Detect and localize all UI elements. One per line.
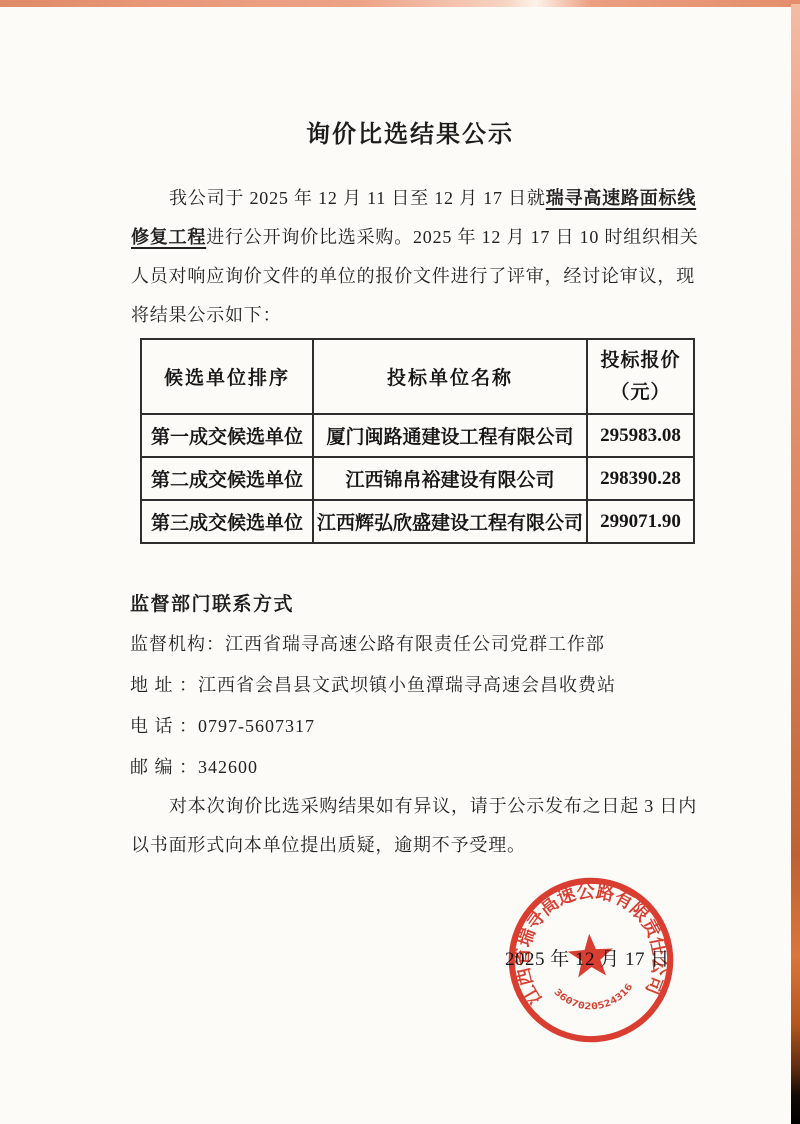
header-price-line2: （元） [590,377,691,408]
contact-address-value: 江西省会昌县文武坝镇小鱼潭瑞寻高速会昌收费站 [198,675,616,695]
rank-cell: 第三成交候选单位 [141,500,313,543]
company-cell: 厦门闽路通建设工程有限公司 [313,414,587,457]
header-price: 投标报价 （元） [587,339,694,414]
contact-address-label: 地 址 ： [130,675,198,695]
table-row: 第二成交候选单位 江西锦帛裕建设有限公司 298390.28 [141,457,694,500]
price-cell: 299071.90 [587,500,694,543]
table-row: 第三成交候选单位 江西辉弘欣盛建设工程有限公司 299071.90 [141,500,694,543]
contact-zip-label: 邮 编 ： [130,757,198,777]
project-name-part2: 修复工程 [131,227,206,247]
paragraph1-line2-text: 进行公开询价比选采购。2025 年 12 月 17 日 10 时组织相关 [206,227,698,247]
results-table: 候选单位排序 投标单位名称 投标报价 （元） 第一成交候选单位 厦门闽路通建设工… [140,338,695,544]
paragraph1-line2: 修复工程进行公开询价比选采购。2025 年 12 月 17 日 10 时组织相关 [131,223,691,249]
company-seal: 江西省瑞寻高速公路有限责任公司 3607020524316 [497,866,685,1054]
document-title: 询价比选结果公示 [131,114,689,149]
rank-cell: 第二成交候选单位 [141,457,313,500]
photo-background-top-edge [0,0,800,7]
svg-text:3607020524316: 3607020524316 [551,981,637,1016]
project-name-part1: 瑞寻高速路面标线 [546,188,696,208]
contact-agency-value: 江西省瑞寻高速公路有限责任公司党群工作部 [225,634,605,654]
company-cell: 江西辉弘欣盛建设工程有限公司 [313,500,587,543]
contact-zip-value: 342600 [198,757,258,777]
photo-background-right-edge [791,4,800,1124]
contact-address-line: 地 址 ：江西省会昌县文武坝镇小鱼潭瑞寻高速会昌收费站 [130,671,616,697]
paragraph1-line1: 我公司于 2025 年 12 月 11 日至 12 月 17 日就瑞寻高速路面标… [131,184,729,210]
paragraph1-line4: 将结果公示如下： [131,301,691,327]
objection-line2: 以书面形式向本单位提出质疑，逾期不予受理。 [131,831,691,857]
contact-phone-label: 电 话 ： [130,716,198,736]
header-company: 投标单位名称 [313,339,587,414]
contact-zip-line: 邮 编 ：342600 [130,753,258,779]
contact-phone-value: 0797-5607317 [198,716,315,736]
contact-phone-line: 电 话 ：0797-5607317 [130,712,315,738]
paragraph1-line3: 人员对响应询价文件的单位的报价文件进行了评审，经讨论审议，现 [131,262,691,288]
header-price-line1: 投标报价 [590,345,691,376]
contact-agency-line: 监督机构：江西省瑞寻高速公路有限责任公司党群工作部 [130,630,605,656]
rank-cell: 第一成交候选单位 [141,414,313,457]
table-row: 第一成交候选单位 厦门闽路通建设工程有限公司 295983.08 [141,414,694,457]
supervision-heading: 监督部门联系方式 [130,589,294,616]
header-rank: 候选单位排序 [141,339,313,414]
objection-line1: 对本次询价比选采购结果如有异议，请于公示发布之日起 3 日内 [131,792,729,818]
company-cell: 江西锦帛裕建设有限公司 [313,457,587,500]
price-cell: 298390.28 [587,457,694,500]
price-cell: 295983.08 [587,414,694,457]
paragraph1-line1-text: 我公司于 2025 年 12 月 11 日至 12 月 17 日就 [169,188,546,208]
star-icon [567,932,615,978]
seal-code-arc-text: 3607020524316 [551,981,637,1016]
contact-agency-label: 监督机构： [130,634,225,654]
table-header-row: 候选单位排序 投标单位名称 投标报价 （元） [141,339,694,414]
